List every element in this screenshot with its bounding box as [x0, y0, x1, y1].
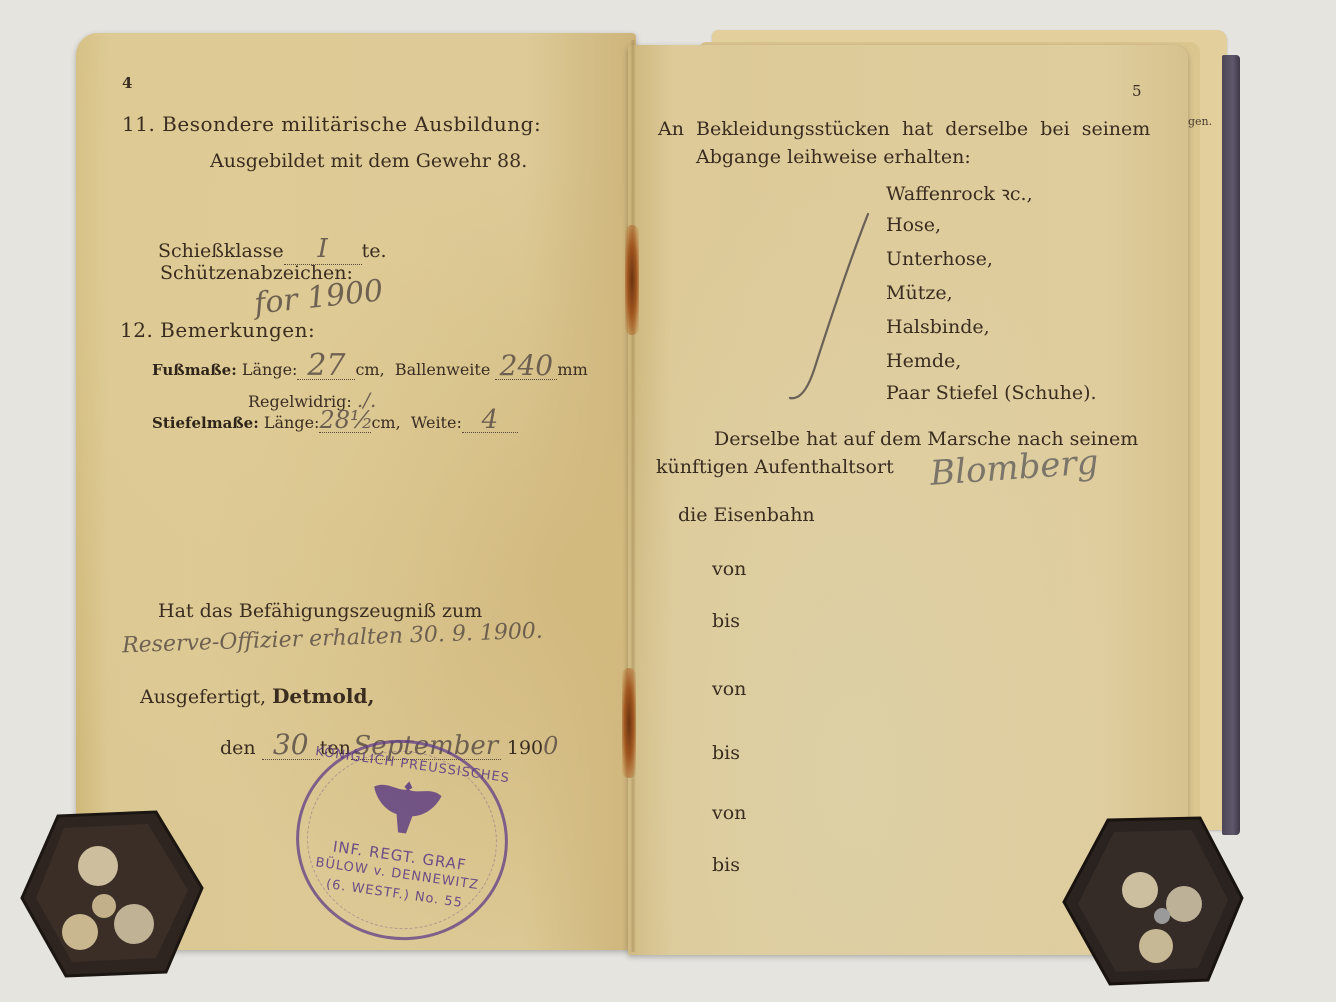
scene: gen. 4 11. Besondere militärische Ausbil… [0, 0, 1336, 1002]
railway-label: die Eisenbahn [678, 504, 815, 526]
boot-width-value: 4 [482, 405, 499, 435]
shooting-class-field: I [284, 234, 362, 265]
route-label-bis: bis [712, 742, 740, 764]
den-label: den [220, 737, 256, 759]
rust-staple-stain-top [625, 225, 639, 335]
foot-length-unit: cm, [355, 360, 384, 379]
route-label-von: von [712, 558, 746, 580]
boot-length-label: Länge: [264, 413, 320, 432]
year-printed: 190 [507, 737, 543, 759]
boot-length-field: 28½ [319, 412, 371, 433]
ball-width-value: 240 [500, 349, 553, 382]
route-label-von: von [712, 802, 746, 824]
shooting-class-value: I [317, 234, 327, 264]
ball-width-field: 240 [495, 358, 557, 380]
boot-width-label: Weite: [411, 413, 462, 432]
booklet-cover-edge [1222, 55, 1240, 835]
foot-length-value: 27 [307, 348, 345, 383]
foot-length-field: 27 [297, 358, 355, 380]
boot-measure-row: Stiefelmaße: Länge:28½cm, Weite:4 [152, 412, 518, 433]
boot-measure-label: Stiefelmaße: [152, 414, 259, 432]
foot-length-label: Länge: [242, 360, 298, 379]
year-handwritten: 0 [543, 732, 558, 760]
boot-length-value: 28½ [319, 406, 373, 434]
issued-row: Ausgefertigt, Detmold, [140, 684, 374, 708]
clothing-item: Paar Stiefel (Schuhe). [886, 382, 1097, 404]
clothing-item: Waffenrock ꝛc., [886, 180, 1033, 206]
clothing-item: Hose, [886, 214, 941, 236]
route-label-bis: bis [712, 610, 740, 632]
ball-width-unit: mm [557, 360, 587, 379]
training-line: Ausgebildet mit dem Gewehr 88. [210, 150, 527, 172]
boot-width-field: 4 [462, 412, 518, 433]
clothing-intro-line-2: Abgange leihweise erhalten: [696, 146, 971, 168]
foot-measure-row: Fußmaße: Länge:27cm, Ballenweite 240mm [152, 358, 588, 380]
shooting-class-row: SchießklasseIte. [158, 234, 387, 265]
book-gutter [630, 40, 636, 952]
shooting-class-suffix: te. [362, 240, 387, 262]
left-page-number: 4 [122, 74, 132, 92]
hex-die-nut-right-icon [1058, 812, 1248, 992]
issued-place: Detmold, [272, 684, 374, 708]
march-line-2: künftigen Aufenthaltsort [656, 456, 894, 478]
right-page-number: 5 [1132, 82, 1142, 100]
issued-label: Ausgefertigt, [140, 686, 266, 708]
rust-staple-stain-bottom [622, 668, 636, 778]
hex-die-nut-left-icon [16, 806, 206, 986]
clothing-intro-line-1: An Bekleidungsstücken hat derselbe bei s… [658, 118, 1150, 140]
back-page-fragment-text: gen. [1188, 115, 1212, 128]
clothing-item: Hemde, [886, 350, 961, 372]
section-11-title: 11. Besondere militärische Ausbildung: [122, 112, 541, 136]
shooting-class-label: Schießklasse [158, 240, 284, 262]
certificate-line: Hat das Befähigungszeugniß zum [158, 600, 482, 622]
ball-width-label: Ballenweite [395, 360, 490, 379]
route-label-bis: bis [712, 854, 740, 876]
handwritten-strike-mark [780, 210, 880, 410]
section-12-title: 12. Bemerkungen: [120, 318, 315, 342]
route-label-von: von [712, 678, 746, 700]
foot-measure-label: Fußmaße: [152, 361, 237, 379]
boot-length-unit: cm, [371, 413, 400, 432]
prussian-eagle-icon [361, 768, 450, 848]
clothing-item: Unterhose, [886, 248, 993, 270]
day-value: 30 [273, 728, 309, 761]
clothing-item: Mütze, [886, 282, 953, 304]
clothing-item: Halsbinde, [886, 316, 990, 338]
